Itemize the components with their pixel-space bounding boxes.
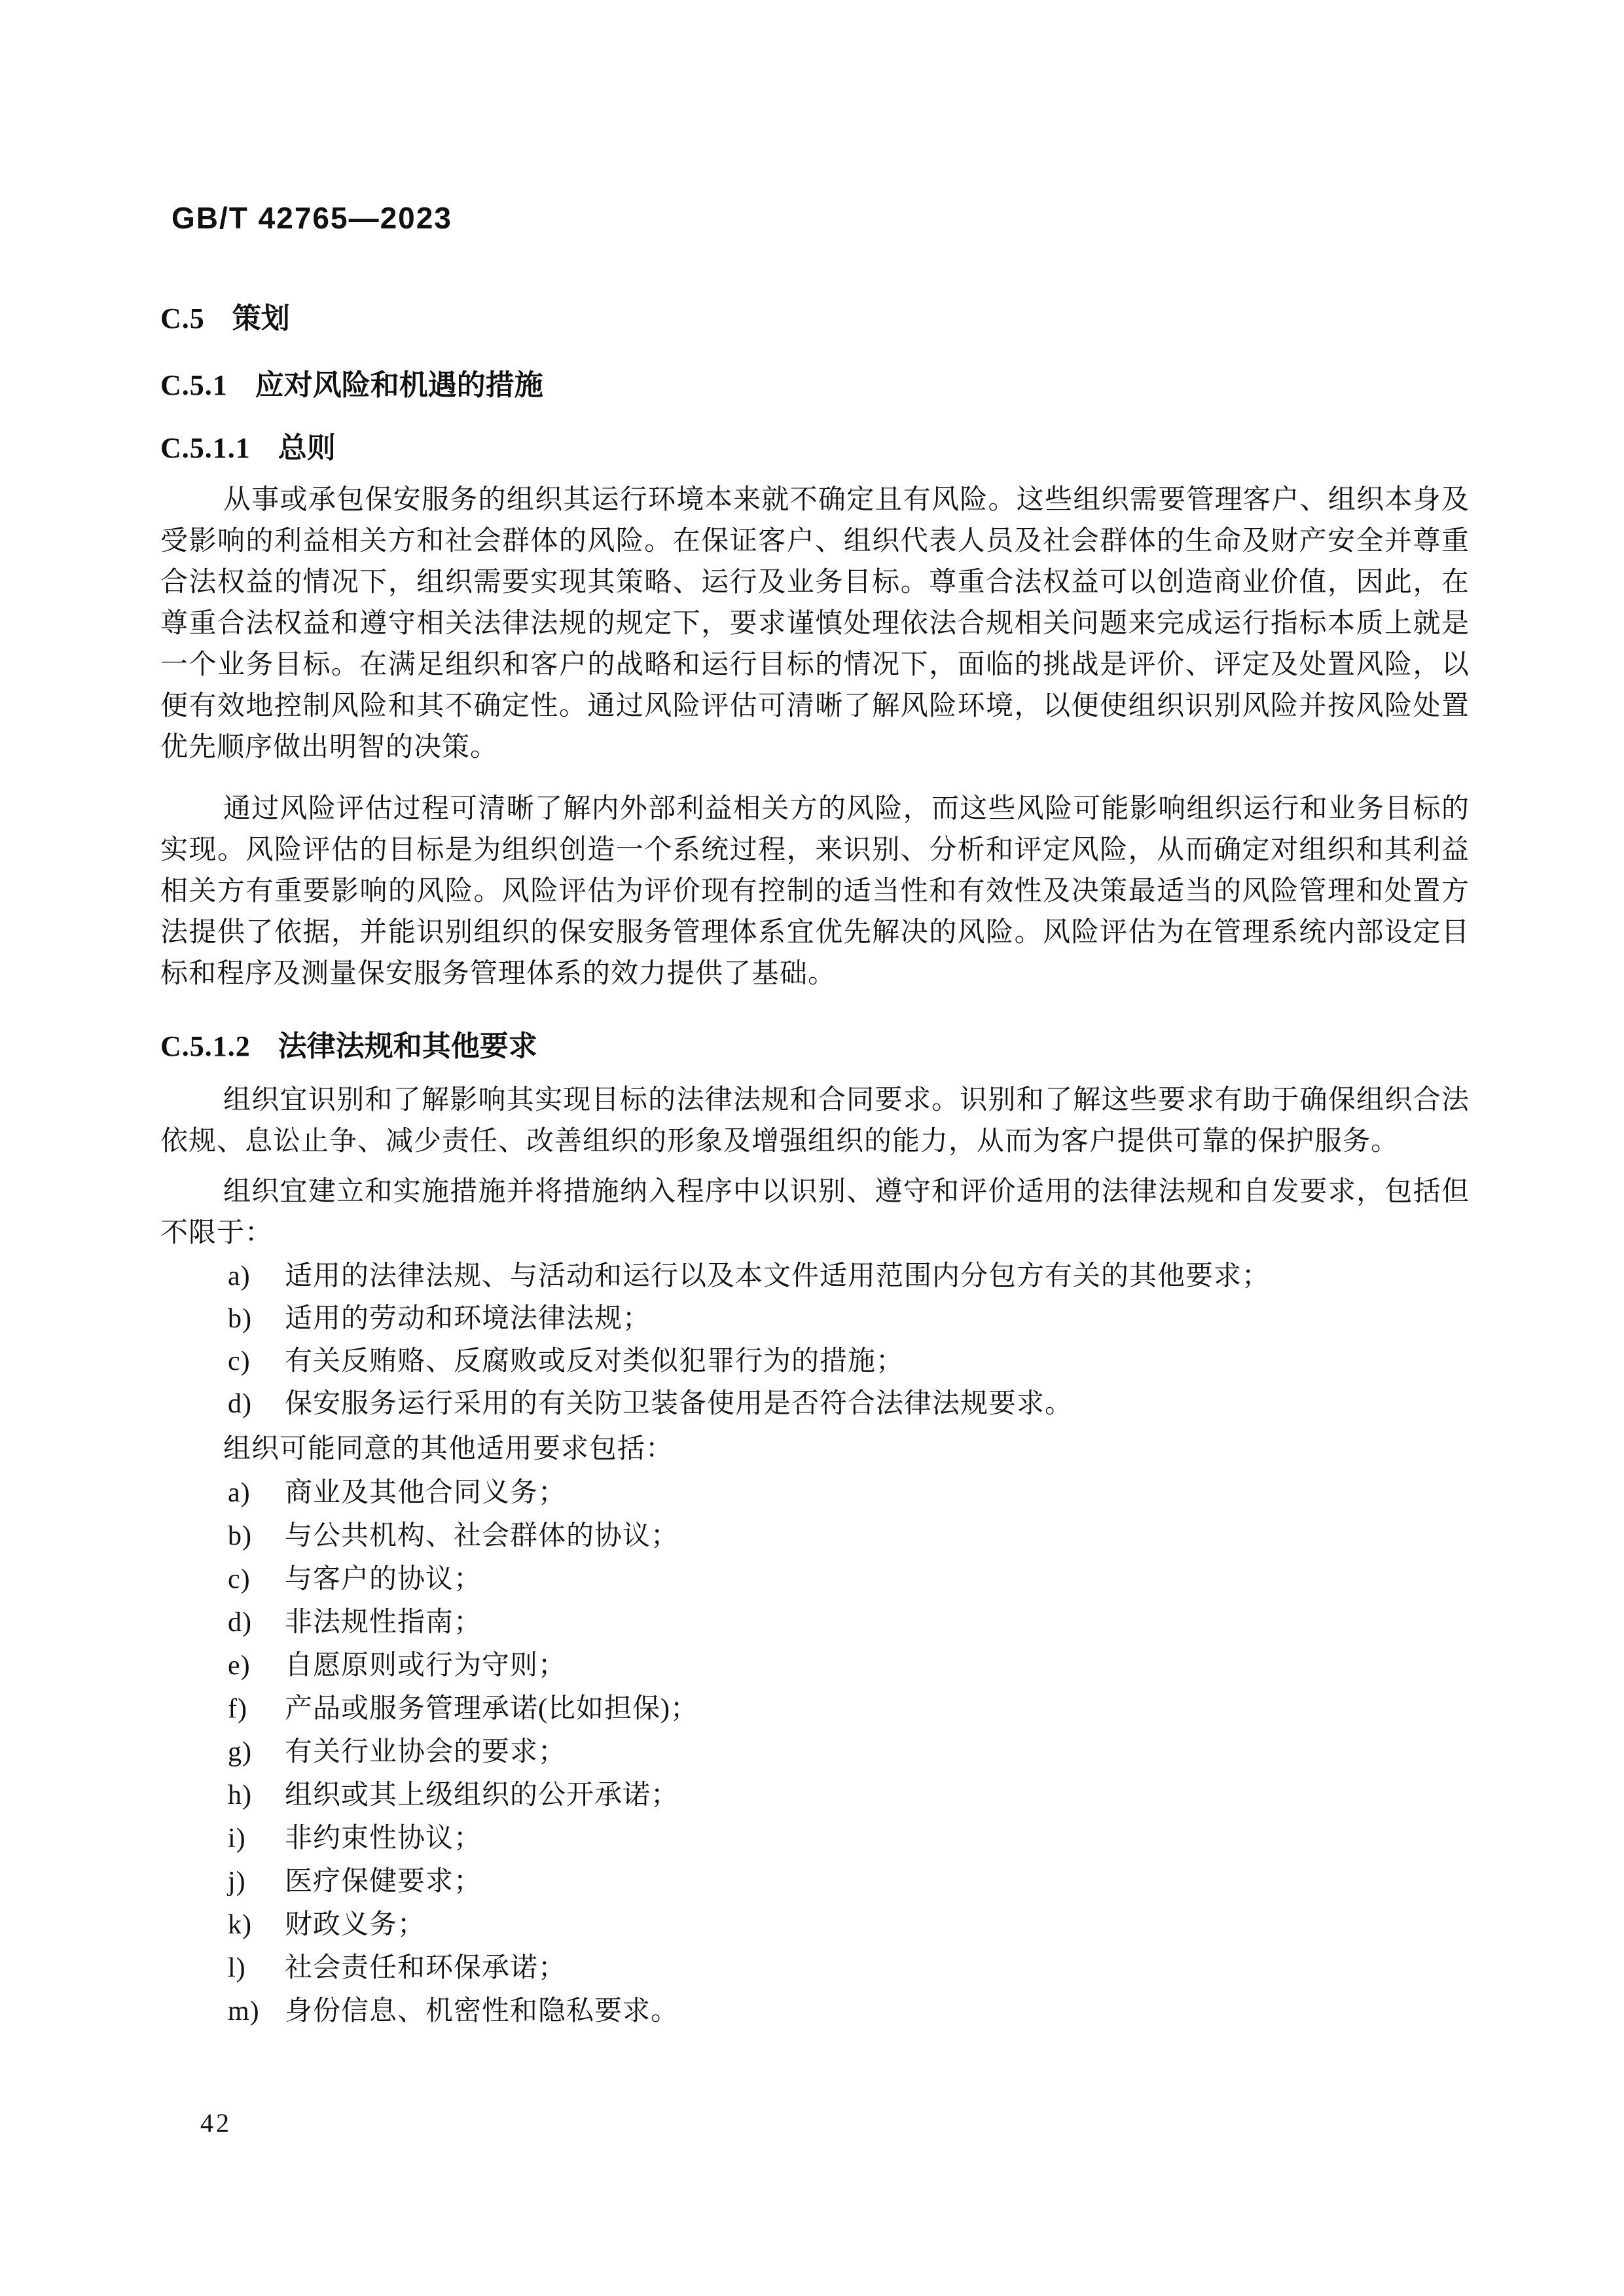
list-item: j)医疗保健要求；: [160, 1860, 1470, 1903]
list-item-label: m): [228, 1990, 260, 2033]
list-item-text: 非法规性指南；: [285, 1607, 482, 1638]
list-item-label: b): [228, 1515, 252, 1558]
clause-number: C.5.1.1: [160, 432, 251, 464]
list-item-text: 非约束性协议；: [285, 1823, 482, 1854]
clause-number: C.5.1.2: [160, 1030, 251, 1062]
list-item: c)与客户的协议；: [160, 1558, 1470, 1601]
list-item: b)适用的劳动和环境法律法规；: [160, 1298, 1470, 1340]
list-other-requirements: a)商业及其他合同义务； b)与公共机构、社会群体的协议； c)与客户的协议； …: [160, 1471, 1470, 2033]
clause-number: C.5.1: [160, 369, 228, 401]
paragraph-general-1: 从事或承包保安服务的组织其运行环境本来就不确定且有风险。这些组织需要管理客户、组…: [160, 480, 1470, 768]
list-item-label: l): [228, 1946, 246, 1990]
list-item-text: 医疗保健要求；: [285, 1867, 482, 1897]
section-heading-c5: C.5策划: [160, 295, 290, 336]
list-item: d)非法规性指南；: [160, 1601, 1470, 1644]
list-item: a)商业及其他合同义务；: [160, 1471, 1470, 1515]
list-item-label: f): [228, 1687, 247, 1731]
list-item: e)自愿原则或行为守则；: [160, 1644, 1470, 1687]
list-item-text: 有关反贿赂、反腐败或反对类似犯罪行为的措施；: [285, 1346, 904, 1376]
list-item: c)有关反贿赂、反腐败或反对类似犯罪行为的措施；: [160, 1340, 1470, 1383]
page-number: 42: [200, 2108, 232, 2138]
clause-title: 总则: [278, 432, 336, 464]
list-legal-requirements: a)适用的法律法规、与活动和运行以及本文件适用范围内分包方有关的其他要求； b)…: [160, 1255, 1470, 1426]
paragraph-legal-1: 组织宜识别和了解影响其实现目标的法律法规和合同要求。识别和了解这些要求有助于确保…: [160, 1080, 1470, 1162]
list-item: b)与公共机构、社会群体的协议；: [160, 1515, 1470, 1558]
list-item: i)非约束性协议；: [160, 1817, 1470, 1860]
section-heading-c51: C.5.1应对风险和机遇的措施: [160, 361, 543, 403]
list-item-label: c): [228, 1558, 251, 1601]
list-item-text: 有关行业协会的要求；: [285, 1737, 566, 1767]
clause-title: 应对风险和机遇的措施: [255, 369, 543, 401]
list-item-label: g): [228, 1731, 252, 1774]
section-heading-c512: C.5.1.2法律法规和其他要求: [160, 1022, 537, 1064]
list-item: m)身份信息、机密性和隐私要求。: [160, 1990, 1470, 2033]
list-item-label: j): [228, 1860, 246, 1903]
list-item: a)适用的法律法规、与活动和运行以及本文件适用范围内分包方有关的其他要求；: [160, 1255, 1470, 1298]
list-item: l)社会责任和环保承诺；: [160, 1946, 1470, 1990]
list-item-text: 产品或服务管理承诺(比如担保)；: [285, 1694, 698, 1724]
list-item-label: a): [228, 1255, 251, 1298]
list-item: k)财政义务；: [160, 1903, 1470, 1946]
paragraph-general-2: 通过风险评估过程可清晰了解内外部利益相关方的风险，而这些风险可能影响组织运行和业…: [160, 789, 1470, 995]
list-item-label: c): [228, 1340, 251, 1383]
paragraph-other-requirements-intro: 组织可能同意的其他适用要求包括：: [160, 1429, 1470, 1470]
clause-title: 策划: [232, 302, 290, 334]
list-item-label: d): [228, 1383, 252, 1426]
list-item-label: d): [228, 1601, 252, 1644]
list-item: d)保安服务运行采用的有关防卫装备使用是否符合法律法规要求。: [160, 1383, 1470, 1426]
list-item-text: 保安服务运行采用的有关防卫装备使用是否符合法律法规要求。: [285, 1389, 1073, 1419]
clause-title: 法律法规和其他要求: [278, 1030, 537, 1062]
list-item-label: i): [228, 1817, 246, 1860]
list-item-label: a): [228, 1471, 251, 1515]
list-item-text: 组织或其上级组织的公开承诺；: [285, 1780, 679, 1810]
section-heading-c511: C.5.1.1总则: [160, 424, 336, 466]
list-item-label: b): [228, 1298, 252, 1340]
list-item: f)产品或服务管理承诺(比如担保)；: [160, 1687, 1470, 1731]
list-item-label: k): [228, 1903, 252, 1946]
clause-number: C.5: [160, 302, 205, 334]
list-item-text: 身份信息、机密性和隐私要求。: [285, 1996, 679, 2026]
list-item: g)有关行业协会的要求；: [160, 1731, 1470, 1774]
list-item: h)组织或其上级组织的公开承诺；: [160, 1774, 1470, 1817]
document-code: GB/T 42765—2023: [171, 200, 452, 236]
document-page: GB/T 42765—2023 C.5策划 C.5.1应对风险和机遇的措施 C.…: [0, 0, 1624, 2296]
list-item-text: 适用的劳动和环境法律法规；: [285, 1304, 651, 1334]
list-item-text: 社会责任和环保承诺；: [285, 1953, 566, 1983]
list-item-text: 与客户的协议；: [285, 1564, 482, 1594]
list-item-text: 财政义务；: [285, 1910, 425, 1940]
list-item-label: e): [228, 1644, 251, 1687]
list-item-text: 商业及其他合同义务；: [285, 1478, 566, 1508]
list-item-label: h): [228, 1774, 252, 1817]
list-item-text: 自愿原则或行为守则；: [285, 1651, 566, 1681]
list-item-text: 适用的法律法规、与活动和运行以及本文件适用范围内分包方有关的其他要求；: [285, 1261, 1270, 1291]
paragraph-legal-2: 组织宜建立和实施措施并将措施纳入程序中以识别、遵守和评价适用的法律法规和自发要求…: [160, 1172, 1470, 1254]
list-item-text: 与公共机构、社会群体的协议；: [285, 1521, 679, 1551]
